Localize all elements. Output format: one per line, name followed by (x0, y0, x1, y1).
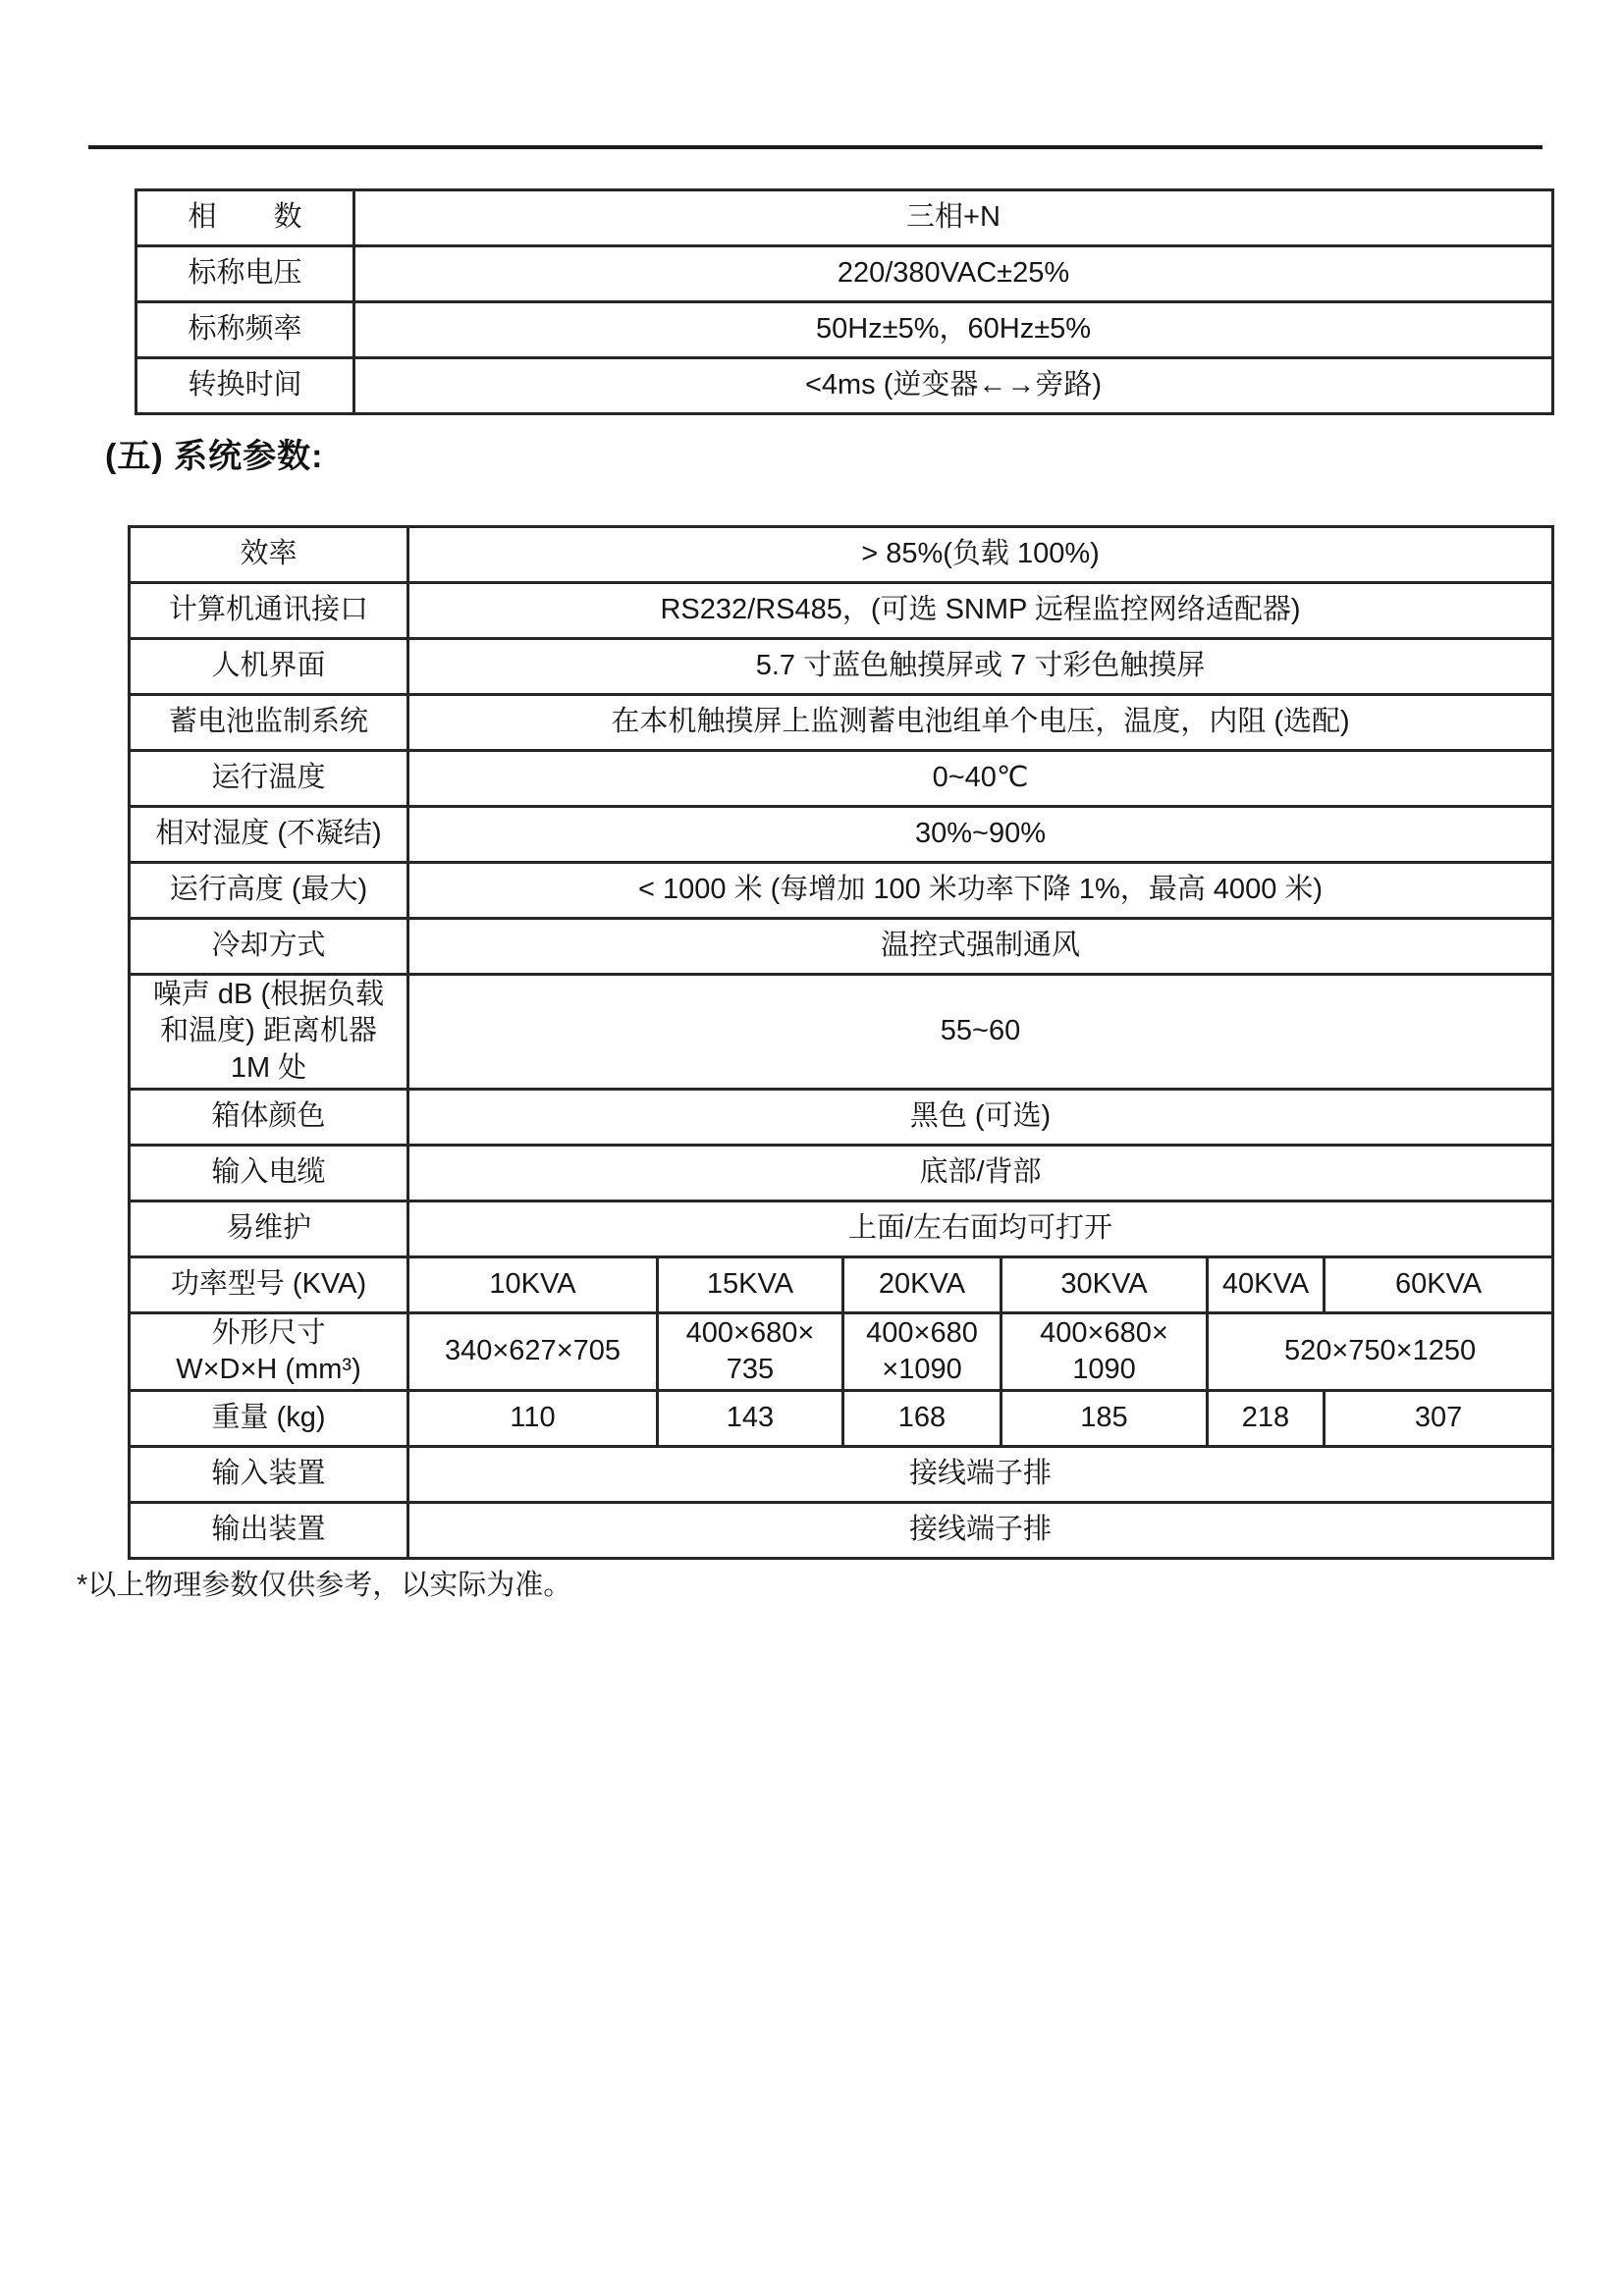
dimensions-row: 外形尺寸 W×D×H (mm³) 340×627×705 400×680× 73… (130, 1313, 1553, 1391)
row-label: 功率型号 (KVA) (130, 1257, 408, 1313)
row-label: 计算机通讯接口 (130, 583, 408, 639)
row-value: 接线端子排 (408, 1503, 1553, 1559)
row-label: 运行温度 (130, 751, 408, 807)
row-label: 运行高度 (最大) (130, 863, 408, 919)
table-row: 转换时间 <4ms (逆变器←→旁路) (136, 358, 1553, 414)
row-label: 蓄电池监制系统 (130, 695, 408, 751)
power-model-cell: 10KVA (408, 1257, 658, 1313)
row-value: 5.7 寸蓝色触摸屏或 7 寸彩色触摸屏 (408, 639, 1553, 695)
table-row-noise: 噪声 dB (根据负载 和温度) 距离机器 1M 处 55~60 (130, 975, 1553, 1090)
table-row: 蓄电池监制系统 在本机触摸屏上监测蓄电池组单个电压，温度，内阻 (选配) (130, 695, 1553, 751)
dimension-cell: 400×680× 1090 (1001, 1313, 1208, 1391)
row-label: 标称电压 (136, 246, 354, 302)
power-model-cell: 15KVA (658, 1257, 843, 1313)
table-row: 计算机通讯接口 RS232/RS485，(可选 SNMP 远程监控网络适配器) (130, 583, 1553, 639)
power-model-cell: 30KVA (1001, 1257, 1208, 1313)
row-label: 转换时间 (136, 358, 354, 414)
row-label: 重量 (kg) (130, 1391, 408, 1447)
table-row: 运行高度 (最大) < 1000 米 (每增加 100 米功率下降 1%，最高 … (130, 863, 1553, 919)
table-row: 箱体颜色 黑色 (可选) (130, 1090, 1553, 1146)
row-value: > 85%(负载 100%) (408, 527, 1553, 583)
header-rule (88, 145, 1543, 149)
row-value: RS232/RS485，(可选 SNMP 远程监控网络适配器) (408, 583, 1553, 639)
power-model-cell: 40KVA (1208, 1257, 1325, 1313)
section-heading: (五) 系统参数: (105, 429, 323, 477)
power-model-row: 功率型号 (KVA) 10KVA 15KVA 20KVA 30KVA 40KVA… (130, 1257, 1553, 1313)
table-row: 人机界面 5.7 寸蓝色触摸屏或 7 寸彩色触摸屏 (130, 639, 1553, 695)
system-parameters-table: 效率 > 85%(负载 100%) 计算机通讯接口 RS232/RS485，(可… (128, 525, 1554, 1560)
table-row: 输出装置 接线端子排 (130, 1503, 1553, 1559)
row-label: 输出装置 (130, 1503, 408, 1559)
row-label: 外形尺寸 W×D×H (mm³) (130, 1313, 408, 1391)
row-label: 易维护 (130, 1201, 408, 1257)
table-row: 标称频率 50Hz±5%，60Hz±5% (136, 302, 1553, 358)
row-value: 50Hz±5%，60Hz±5% (354, 302, 1553, 358)
table-row: 易维护 上面/左右面均可打开 (130, 1201, 1553, 1257)
row-value: < 1000 米 (每增加 100 米功率下降 1%，最高 4000 米) (408, 863, 1553, 919)
table-row: 效率 > 85%(负载 100%) (130, 527, 1553, 583)
row-label: 标称频率 (136, 302, 354, 358)
table-row: 相 数 三相+N (136, 190, 1553, 246)
row-value: 温控式强制通风 (408, 919, 1553, 975)
weight-cell: 185 (1001, 1391, 1208, 1447)
row-value: 220/380VAC±25% (354, 246, 1553, 302)
table-row: 运行温度 0~40℃ (130, 751, 1553, 807)
input-spec-table: 相 数 三相+N 标称电压 220/380VAC±25% 标称频率 50Hz±5… (135, 188, 1554, 415)
power-model-cell: 60KVA (1325, 1257, 1553, 1313)
power-model-cell: 20KVA (843, 1257, 1001, 1313)
row-label: 输入装置 (130, 1447, 408, 1503)
row-label: 输入电缆 (130, 1146, 408, 1201)
row-value: 三相+N (354, 190, 1553, 246)
row-value: 在本机触摸屏上监测蓄电池组单个电压，温度，内阻 (选配) (408, 695, 1553, 751)
row-value: 55~60 (408, 975, 1553, 1090)
weight-cell: 307 (1325, 1391, 1553, 1447)
row-value: 接线端子排 (408, 1447, 1553, 1503)
table-row: 标称电压 220/380VAC±25% (136, 246, 1553, 302)
row-value: 底部/背部 (408, 1146, 1553, 1201)
weight-cell: 143 (658, 1391, 843, 1447)
weight-cell: 218 (1208, 1391, 1325, 1447)
row-label: 相对湿度 (不凝结) (130, 807, 408, 863)
row-value: 黑色 (可选) (408, 1090, 1553, 1146)
row-label: 箱体颜色 (130, 1090, 408, 1146)
dimension-cell: 340×627×705 (408, 1313, 658, 1391)
row-value: <4ms (逆变器←→旁路) (354, 358, 1553, 414)
weight-cell: 110 (408, 1391, 658, 1447)
table-row: 冷却方式 温控式强制通风 (130, 919, 1553, 975)
table-row: 输入装置 接线端子排 (130, 1447, 1553, 1503)
table-row: 相对湿度 (不凝结) 30%~90% (130, 807, 1553, 863)
row-value: 0~40℃ (408, 751, 1553, 807)
row-label: 人机界面 (130, 639, 408, 695)
dimension-cell: 400×680× 735 (658, 1313, 843, 1391)
row-label: 相 数 (136, 190, 354, 246)
row-value: 上面/左右面均可打开 (408, 1201, 1553, 1257)
row-value: 30%~90% (408, 807, 1553, 863)
row-label: 冷却方式 (130, 919, 408, 975)
table-row: 输入电缆 底部/背部 (130, 1146, 1553, 1201)
weight-row: 重量 (kg) 110 143 168 185 218 307 (130, 1391, 1553, 1447)
row-label: 噪声 dB (根据负载 和温度) 距离机器 1M 处 (130, 975, 408, 1090)
weight-cell: 168 (843, 1391, 1001, 1447)
footnote: *以上物理参数仅供参考，以实际为准。 (77, 1563, 571, 1603)
dimension-cell: 520×750×1250 (1208, 1313, 1553, 1391)
dimension-cell: 400×680 ×1090 (843, 1313, 1001, 1391)
row-label: 效率 (130, 527, 408, 583)
